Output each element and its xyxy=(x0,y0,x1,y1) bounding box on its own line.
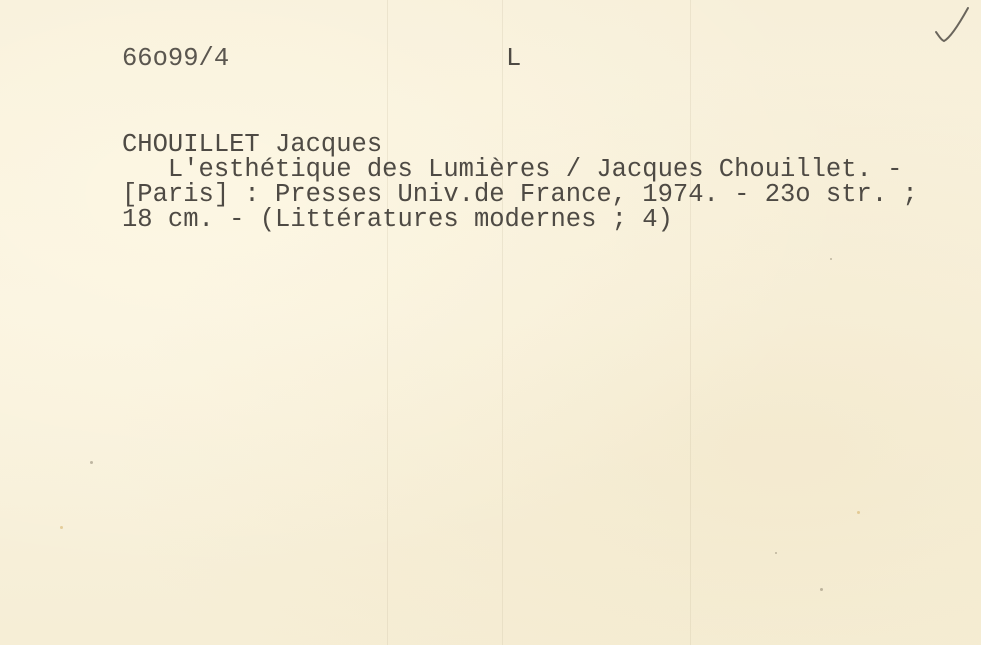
paper-crease xyxy=(690,0,691,645)
paper-crease xyxy=(387,0,388,645)
paper-speck xyxy=(830,258,832,260)
publication-statement: [Paris] : Presses Univ.de France, 1974. … xyxy=(122,182,918,207)
checkmark-icon xyxy=(930,2,975,46)
call-number: 66o99/4 xyxy=(122,46,229,71)
paper-speck xyxy=(775,552,777,554)
series-statement: 18 cm. - (Littératures modernes ; 4) xyxy=(122,207,673,232)
catalog-card: 66o99/4 L CHOUILLET Jacques L'esthétique… xyxy=(0,0,981,645)
author-heading: CHOUILLET Jacques xyxy=(122,132,382,157)
title-statement: L'esthétique des Lumières / Jacques Chou… xyxy=(122,157,902,182)
paper-speck xyxy=(857,511,860,514)
paper-speck xyxy=(820,588,823,591)
paper-speck xyxy=(90,461,93,464)
paper-speck xyxy=(60,526,63,529)
paper-crease xyxy=(502,0,503,645)
location-mark: L xyxy=(506,46,521,71)
